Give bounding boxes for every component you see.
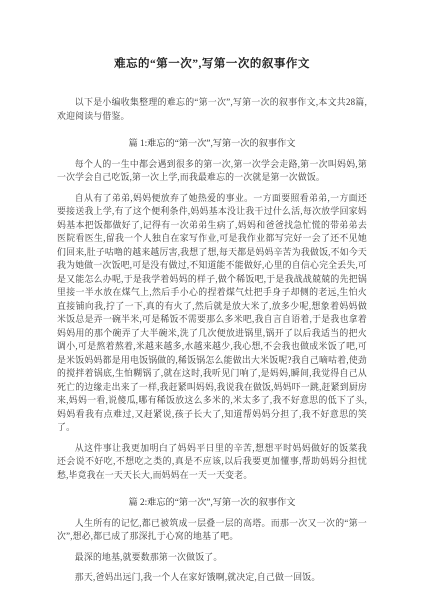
section-1-paragraph-1: 每个人的一生中都会遇到很多的第一次,第一次学会走路,第一次叫妈妈,第一次学会自己… bbox=[57, 158, 367, 185]
section-2-paragraph-1: 人生所有的记忆,都已被筑成一层叠一层的高塔。而那一次又一次的“第一次”,想必,都… bbox=[57, 517, 367, 544]
section-1-heading: 篇 1:难忘的“第一次”,写第一次的叙事作文 bbox=[57, 137, 367, 151]
section-2-heading: 篇 2:难忘的“第一次”,写第一次的叙事作文 bbox=[57, 496, 367, 510]
intro-paragraph: 以下是小编收集整理的难忘的“第一次”,写第一次的叙事作文,本文共28篇,欢迎阅读… bbox=[57, 96, 367, 123]
document-page: 难忘的“第一次”,写第一次的叙事作文 以下是小编收集整理的难忘的“第一次”,写第… bbox=[0, 0, 423, 600]
section-1-paragraph-2: 自从有了弟弟,妈妈便放弃了她热爱的事业。一方面要照看弟弟,一方面还要接送我上学,… bbox=[57, 192, 367, 435]
section-2-paragraph-2: 最深的地基,就要数那第一次做饭了。 bbox=[57, 551, 367, 565]
document-title: 难忘的“第一次”,写第一次的叙事作文 bbox=[57, 56, 367, 72]
section-2-paragraph-3: 那天,爸妈出远门,我一个人在家好饿啊,就决定,自己做一回饭。 bbox=[57, 571, 367, 585]
section-1-paragraph-3: 从这件事让我更加明白了妈妈平日里的辛苦,想想平时妈妈做好的饭菜我还会说不好吃,不… bbox=[57, 442, 367, 483]
